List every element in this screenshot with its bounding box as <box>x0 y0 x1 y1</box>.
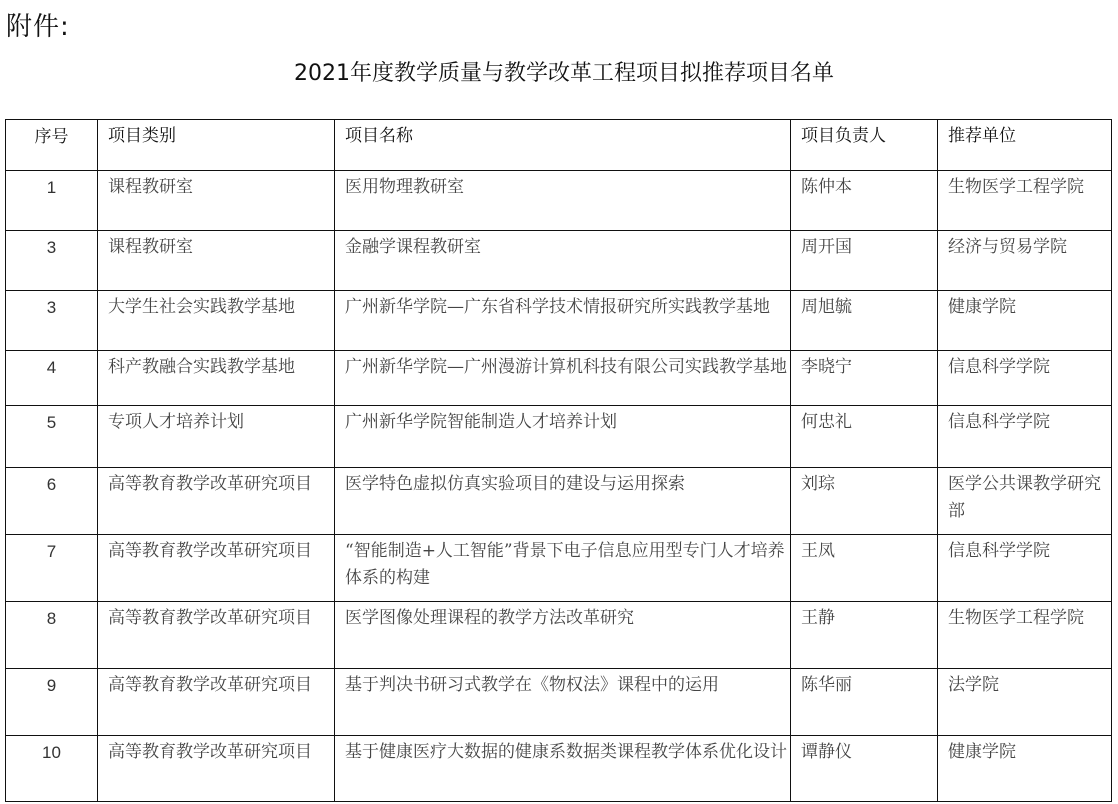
cell-unit: 信息科学学院 <box>938 406 1112 468</box>
table-header-row: 序号 项目类别 项目名称 项目负责人 推荐单位 <box>6 120 1112 171</box>
document-title: 2021年度教学质量与教学改革工程项目拟推荐项目名单 <box>0 56 1118 87</box>
cell-category: 高等教育教学改革研究项目 <box>98 468 335 535</box>
table-row: 10 高等教育教学改革研究项目 基于健康医疗大数据的健康系数据类课程教学体系优化… <box>6 736 1112 802</box>
cell-name: 广州新华学院—广东省科学技术情报研究所实践教学基地 <box>335 291 791 351</box>
cell-name: 医学特色虚拟仿真实验项目的建设与运用探索 <box>335 468 791 535</box>
cell-leader: 周开国 <box>791 231 938 291</box>
column-header-leader: 项目负责人 <box>791 120 938 171</box>
cell-leader: 陈华丽 <box>791 669 938 736</box>
cell-unit: 生物医学工程学院 <box>938 171 1112 231</box>
table-row: 4 科产教融合实践教学基地 广州新华学院—广州漫游计算机科技有限公司实践教学基地… <box>6 351 1112 406</box>
cell-leader: 李晓宁 <box>791 351 938 406</box>
cell-unit: 信息科学学院 <box>938 351 1112 406</box>
cell-name: 医用物理教研室 <box>335 171 791 231</box>
attachment-label: 附件: <box>6 6 70 43</box>
cell-leader: 刘琮 <box>791 468 938 535</box>
column-header-no: 序号 <box>6 120 98 171</box>
cell-no: 6 <box>6 468 98 535</box>
cell-no: 4 <box>6 351 98 406</box>
cell-unit: 生物医学工程学院 <box>938 602 1112 669</box>
cell-no: 1 <box>6 171 98 231</box>
cell-no: 8 <box>6 602 98 669</box>
cell-category: 高等教育教学改革研究项目 <box>98 669 335 736</box>
table-row: 1 课程教研室 医用物理教研室 陈仲本 生物医学工程学院 <box>6 171 1112 231</box>
cell-name: 基于健康医疗大数据的健康系数据类课程教学体系优化设计 <box>335 736 791 802</box>
table-row: 3 课程教研室 金融学课程教研室 周开国 经济与贸易学院 <box>6 231 1112 291</box>
cell-name: 广州新华学院智能制造人才培养计划 <box>335 406 791 468</box>
cell-unit: 信息科学学院 <box>938 535 1112 602</box>
column-header-name: 项目名称 <box>335 120 791 171</box>
cell-unit: 法学院 <box>938 669 1112 736</box>
cell-category: 高等教育教学改革研究项目 <box>98 736 335 802</box>
cell-unit: 医学公共课教学研究部 <box>938 468 1112 535</box>
cell-leader: 何忠礼 <box>791 406 938 468</box>
cell-category: 科产教融合实践教学基地 <box>98 351 335 406</box>
cell-leader: 王静 <box>791 602 938 669</box>
cell-category: 高等教育教学改革研究项目 <box>98 535 335 602</box>
table-row: 7 高等教育教学改革研究项目 “智能制造+人工智能”背景下电子信息应用型专门人才… <box>6 535 1112 602</box>
cell-category: 课程教研室 <box>98 231 335 291</box>
cell-leader: 陈仲本 <box>791 171 938 231</box>
cell-no: 3 <box>6 231 98 291</box>
cell-name: “智能制造+人工智能”背景下电子信息应用型专门人才培养体系的构建 <box>335 535 791 602</box>
cell-name: 基于判决书研习式教学在《物权法》课程中的运用 <box>335 669 791 736</box>
cell-leader: 谭静仪 <box>791 736 938 802</box>
cell-no: 9 <box>6 669 98 736</box>
cell-no: 3 <box>6 291 98 351</box>
table-row: 8 高等教育教学改革研究项目 医学图像处理课程的教学方法改革研究 王静 生物医学… <box>6 602 1112 669</box>
cell-category: 大学生社会实践教学基地 <box>98 291 335 351</box>
cell-category: 高等教育教学改革研究项目 <box>98 602 335 669</box>
cell-name: 医学图像处理课程的教学方法改革研究 <box>335 602 791 669</box>
cell-no: 5 <box>6 406 98 468</box>
cell-unit: 健康学院 <box>938 736 1112 802</box>
cell-unit: 健康学院 <box>938 291 1112 351</box>
cell-leader: 周旭毓 <box>791 291 938 351</box>
cell-leader: 王凤 <box>791 535 938 602</box>
table-row: 3 大学生社会实践教学基地 广州新华学院—广东省科学技术情报研究所实践教学基地 … <box>6 291 1112 351</box>
table-row: 6 高等教育教学改革研究项目 医学特色虚拟仿真实验项目的建设与运用探索 刘琮 医… <box>6 468 1112 535</box>
column-header-unit: 推荐单位 <box>938 120 1112 171</box>
cell-no: 10 <box>6 736 98 802</box>
column-header-category: 项目类别 <box>98 120 335 171</box>
table-row: 5 专项人才培养计划 广州新华学院智能制造人才培养计划 何忠礼 信息科学学院 <box>6 406 1112 468</box>
cell-category: 专项人才培养计划 <box>98 406 335 468</box>
table-row: 9 高等教育教学改革研究项目 基于判决书研习式教学在《物权法》课程中的运用 陈华… <box>6 669 1112 736</box>
cell-name: 金融学课程教研室 <box>335 231 791 291</box>
cell-unit: 经济与贸易学院 <box>938 231 1112 291</box>
cell-category: 课程教研室 <box>98 171 335 231</box>
cell-name: 广州新华学院—广州漫游计算机科技有限公司实践教学基地 <box>335 351 791 406</box>
cell-no: 7 <box>6 535 98 602</box>
project-table: 序号 项目类别 项目名称 项目负责人 推荐单位 1 课程教研室 医用物理教研室 … <box>5 119 1112 802</box>
